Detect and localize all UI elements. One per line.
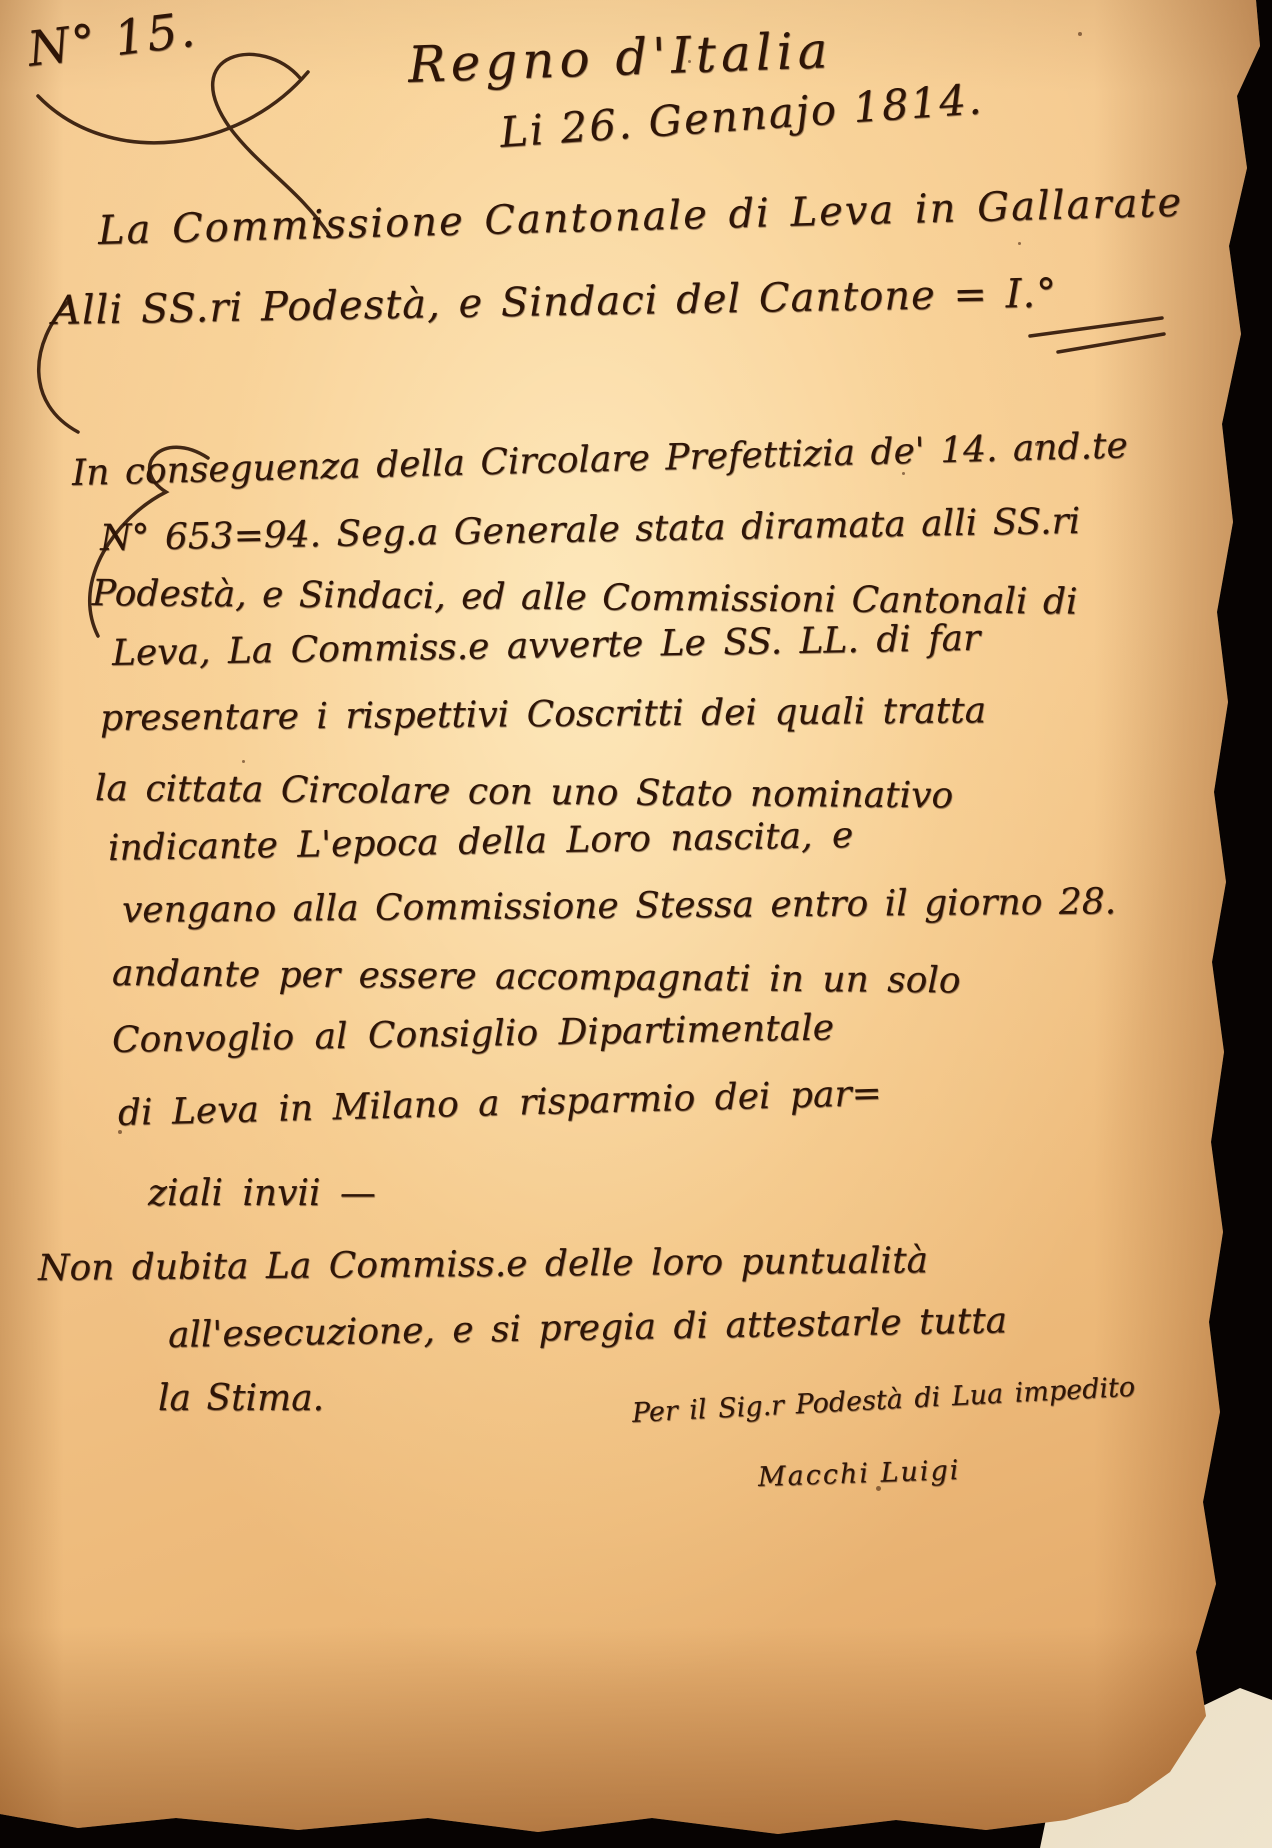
body-line: di Leva in Milano a risparmio dei par= [117, 1073, 882, 1134]
closing-line: all'esecuzione, e si pregia di attestarl… [168, 1300, 1008, 1356]
body-line: andante per essere accompagnati in un so… [112, 953, 961, 1001]
paper-speck [902, 472, 905, 475]
body-line: presentare i rispettivi Coscritti dei qu… [100, 690, 986, 739]
signature-name: Macchi Luigi [757, 1455, 960, 1493]
signature-capacity: Per il Sig.r Podestà di Lua impedito [631, 1372, 1136, 1429]
closing-line: la Stima. [158, 1378, 324, 1419]
body-line: In conseguenza della Circolare Prefettiz… [71, 425, 1128, 494]
kingdom-title: Regno d'Italia [407, 21, 833, 94]
scanned-letter: N° 15. Regno d'Italia Li 26. Gennajo 181… [0, 0, 1272, 1848]
paper-speck [1078, 32, 1082, 36]
paper-speck [1018, 242, 1021, 245]
paper-speck [118, 1130, 122, 1134]
body-line: la cittata Circolare con uno Stato nomin… [95, 768, 954, 816]
body-line: Leva, La Commiss.e avverte Le SS. LL. di… [112, 618, 981, 674]
reference-number: N° 15. [25, 2, 200, 78]
paper-speck [688, 60, 691, 63]
flourish-under-reference [38, 72, 308, 143]
body-line: Convoglio al Consiglio Dipartimentale [112, 1007, 835, 1061]
body-line: ziali invii — [148, 1173, 376, 1214]
paper-speck [242, 760, 245, 763]
underline-cantone-2 [1058, 334, 1164, 352]
paper-speck [1035, 442, 1039, 446]
document-page: N° 15. Regno d'Italia Li 26. Gennajo 181… [0, 0, 1272, 1848]
body-line: vengano alla Commissione Stessa entro il… [122, 881, 1116, 931]
closing-line: Non dubita La Commiss.e delle loro puntu… [38, 1240, 928, 1289]
body-line: Podestà, e Sindaci, ed alle Commissioni … [92, 573, 1078, 623]
body-line: N° 653=94. Seg.a Generale stata diramata… [100, 501, 1081, 559]
body-line: indicante L'epoca della Loro nascita, e [108, 815, 854, 869]
paper-speck [876, 1486, 881, 1491]
recipient-line: Alli SS.ri Podestà, e Sindaci del Canton… [52, 270, 1058, 334]
underline-cantone-1 [1030, 318, 1162, 336]
